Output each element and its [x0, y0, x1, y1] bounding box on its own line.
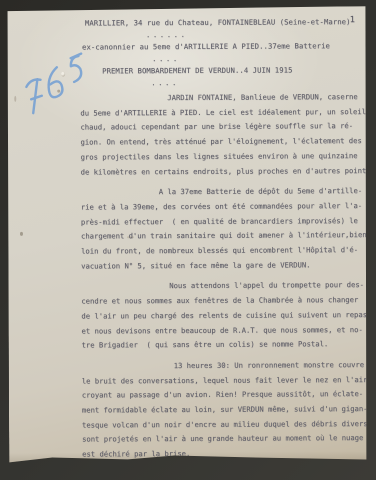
text-line: tre Brigadier ( qui sans être un colis) … — [9, 337, 368, 354]
text-line: ment formidable éclate au loin, sur VERD… — [9, 402, 368, 419]
text-line: gion. On entend, très atténué par l'éloi… — [7, 134, 366, 151]
paragraph-2: A la 37eme Batterie de dépôt du 5eme d'a… — [8, 184, 367, 274]
text-line: 13 heures 30: Un ronronnement monstre co… — [9, 358, 368, 375]
paper-bottom-shading — [9, 451, 368, 467]
typewritten-document: MARILLIER, 34 rue du Chateau, FONTAINEBL… — [7, 16, 368, 463]
text-line: JARDIN FONTAINE, Banlieue de VERDUN, cas… — [7, 90, 366, 107]
document-header: MARILLIER, 34 rue du Chateau, FONTAINEBL… — [7, 16, 366, 90]
text-line: de l'air un peu chargé des relents de cu… — [8, 308, 367, 325]
text-line: de kilomètres en certains endroits, plus… — [8, 164, 367, 181]
document-body: JARDIN FONTAINE, Banlieue de VERDUN, cas… — [7, 90, 368, 463]
separator-dots: .... — [7, 76, 366, 90]
military-unit-line: ex-canonnier au 5eme d'ARTILLERIE A PIED… — [7, 40, 366, 54]
author-address-line: MARILLIER, 34 rue du Chateau, FONTAINEBL… — [7, 16, 366, 30]
paragraph-3: Nous attendons l'appel du trompette pour… — [8, 278, 367, 353]
paragraph-1: JARDIN FONTAINE, Banlieue de VERDUN, cas… — [7, 90, 366, 180]
photo-background: 1 MARILLIER, 34 rue du Chateau, FONTAINE… — [0, 0, 376, 480]
text-line: rie et à la 39eme, des corvées ont été c… — [8, 199, 367, 216]
document-paper: 1 MARILLIER, 34 rue du Chateau, FONTAINE… — [7, 6, 368, 467]
text-line: loin du front, de nombreux blessés qui e… — [8, 243, 367, 260]
text-line: vacuation N° 5, situé en face même la ga… — [8, 258, 367, 275]
paragraph-4: 13 heures 30: Un ronronnement monstre co… — [9, 358, 369, 463]
text-line: gros projectiles dans les lignes situées… — [8, 149, 367, 166]
text-line: cendre et nous sommes aux fenêtres de la… — [8, 293, 367, 310]
text-line: sont projetés en l'air à une grande haut… — [9, 432, 368, 449]
